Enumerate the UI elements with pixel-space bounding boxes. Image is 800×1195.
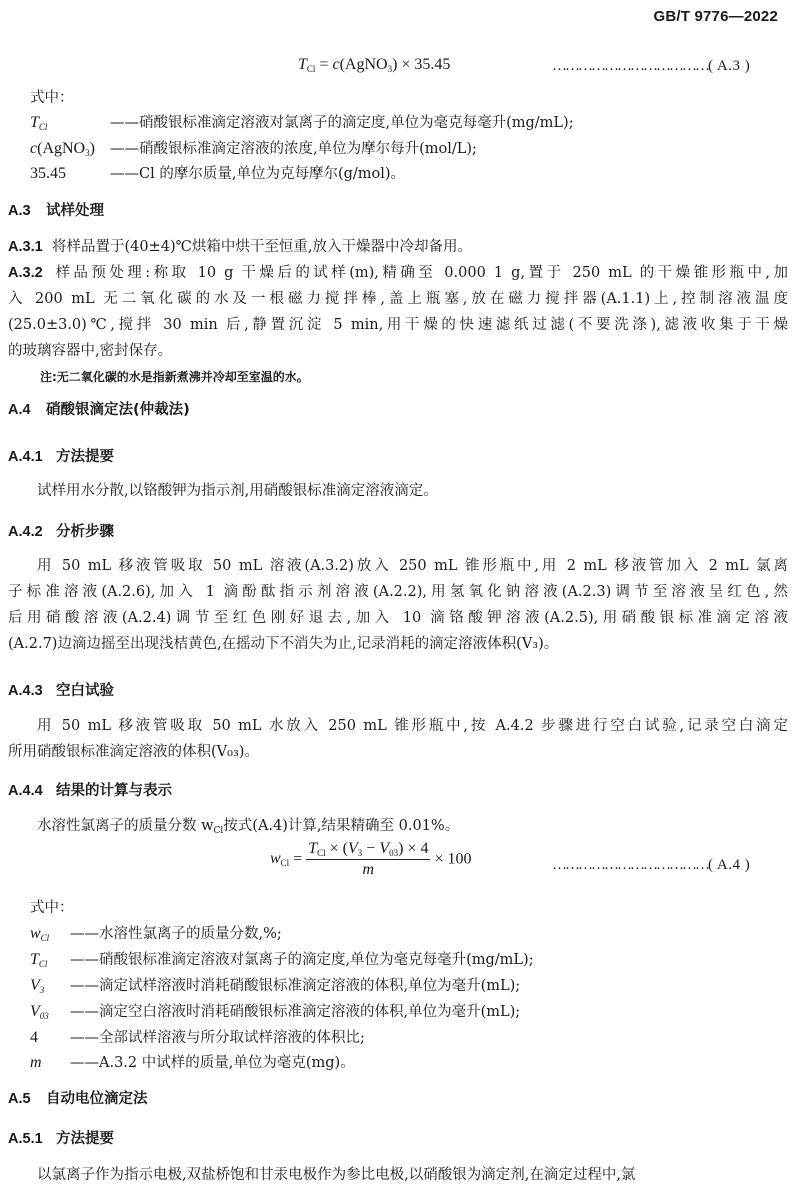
numerator: TCl × (V3 − V03) × 4 xyxy=(306,840,430,860)
clause-heading-a4-3: A.4.3空白试验 xyxy=(8,679,114,700)
clause-heading-a5-1: A.5.1方法提要 xyxy=(8,1127,114,1148)
dot-leader: ……………………………… xyxy=(552,857,708,873)
paragraph-text: 水溶性氯离子的质量分数 w xyxy=(37,818,214,834)
clause-text: 将样品置于(40±4)℃烘箱中烘干至恒重,放入干燥器中冷却备用。 xyxy=(52,239,472,255)
definition-symbol: V3 xyxy=(30,977,70,995)
clause-line: 样品预处理:称取 10 g 干燥后的试样(m),精确至 0.000 1 g,置于… xyxy=(52,265,788,281)
paragraph-a4-4: 水溶性氯离子的质量分数 wCl按式(A.4)计算,结果精确至 0.01%。 xyxy=(37,813,459,839)
definition-symbol: TCl xyxy=(30,951,70,969)
clause-heading-a4-1: A.4.1方法提要 xyxy=(8,445,114,466)
section-number: A.5 xyxy=(8,1091,46,1107)
section-heading-a5: A.5自动电位滴定法 xyxy=(8,1087,148,1108)
section-number: A.4 xyxy=(8,402,46,418)
definition-symbol: m xyxy=(30,1054,70,1072)
definition-symbol: 35.45 xyxy=(30,165,110,183)
paragraph-line: (A.2.7)边滴边摇至出现浅桔黄色,在摇动下不消失为止,记录消耗的滴定溶液体积… xyxy=(8,631,788,657)
definition-item: V3——滴定试样溶液时消耗硝酸银标准滴定溶液的体积,单位为毫升(mL); xyxy=(30,974,520,995)
definition-symbol: V03 xyxy=(30,1003,70,1021)
clause-number: A.3.1 xyxy=(8,234,52,260)
note: 注:无二氧化碳的水是指新煮沸并冷却至室温的水。 xyxy=(40,368,309,385)
definition-item: m——A.3.2 中试样的质量,单位为毫克(mg)。 xyxy=(30,1051,355,1072)
clause-line: 的玻璃容器中,密封保存。 xyxy=(8,338,788,364)
definition-text: ——硝酸银标准滴定溶液对氯离子的滴定度,单位为毫克每毫升(mg/mL); xyxy=(70,952,534,968)
clause-number: A.4.3 xyxy=(8,683,56,699)
section-title: 硝酸银滴定法(仲裁法) xyxy=(46,402,190,418)
definition-item: 4——全部试样溶液与所分取试样溶液的体积比; xyxy=(30,1026,365,1047)
definition-symbol: TCl xyxy=(30,114,110,132)
paragraph-line: 所用硝酸银标准滴定溶液的体积(V₀₃)。 xyxy=(8,739,788,765)
paragraph-line: 后用硝酸溶液(A.2.4)调节至红色刚好退去,加入 10 滴铬酸钾溶液(A.2.… xyxy=(8,605,788,631)
clause-a3-2: A.3.2样品预处理:称取 10 g 干燥后的试样(m),精确至 0.000 1… xyxy=(8,260,788,364)
fraction: TCl × (V3 − V03) × 4 m xyxy=(306,840,430,879)
paragraph-line: 子标准溶液(A.2.6),加入 1 滴酚酞指示剂溶液(A.2.2),用氢氧化钠溶… xyxy=(8,579,788,605)
definition-text: ——全部试样溶液与所分取试样溶液的体积比; xyxy=(70,1030,365,1046)
clause-line: 入 200 mL 无二氧化碳的水及一根磁力搅拌棒,盖上瓶塞,放在磁力搅拌器(A.… xyxy=(8,286,788,312)
clause-number: A.4.4 xyxy=(8,783,56,799)
formula-symbol: c xyxy=(332,56,339,73)
formula-a4: wCl = TCl × (V3 − V03) × 4 m × 100 xyxy=(270,840,471,879)
definition-item: V03——滴定空白溶液时消耗硝酸银标准滴定溶液的体积,单位为毫升(mL); xyxy=(30,1000,520,1021)
section-heading-a4: A.4硝酸银滴定法(仲裁法) xyxy=(8,398,190,419)
definition-item: c(AgNO3)——硝酸银标准滴定溶液的浓度,单位为摩尔每升(mol/L); xyxy=(30,137,477,158)
formula-text: ) × 35.45 xyxy=(392,56,450,73)
clause-number: A.5.1 xyxy=(8,1131,56,1147)
paragraph-a5-1: 以氯离子作为指示电极,双盐桥饱和甘汞电极作为参比电极,以硝酸银为滴定剂,在滴定过… xyxy=(37,1162,635,1188)
clause-title: 方法提要 xyxy=(56,449,114,465)
definition-text: ——水溶性氯离子的质量分数,%; xyxy=(70,926,282,942)
paragraph-line: 用 50 mL 移液管吸取 50 mL 溶液(A.3.2)放入 250 mL 锥… xyxy=(8,553,788,579)
formula-a3: TCl = c(AgNO3) × 35.45 xyxy=(298,56,450,74)
equation-number-a3: ………………………………( A.3 ) xyxy=(552,58,750,75)
formula-subscript: Cl xyxy=(307,64,316,74)
clause-a3-1: A.3.1将样品置于(40±4)℃烘箱中烘干至恒重,放入干燥器中冷却备用。 xyxy=(8,234,472,260)
paragraph-a4-3: 用 50 mL 移液管吸取 50 mL 水放入 250 mL 锥形瓶中,按 A.… xyxy=(8,713,788,765)
definition-text: ——Cl 的摩尔质量,单位为克每摩尔(g/mol)。 xyxy=(110,166,405,182)
section-heading-a3: A.3试样处理 xyxy=(8,199,104,220)
section-title: 试样处理 xyxy=(46,203,104,219)
equation-label: ( A.4 ) xyxy=(708,857,750,873)
clause-number: A.4.2 xyxy=(8,524,56,540)
clause-title: 结果的计算与表示 xyxy=(56,783,172,799)
formula-symbol: w xyxy=(270,850,281,867)
subscript: Cl xyxy=(214,826,224,836)
clause-number: A.3.2 xyxy=(8,260,52,286)
definition-text: ——硝酸银标准滴定溶液对氯离子的滴定度,单位为毫克每毫升(mg/mL); xyxy=(110,115,574,131)
formula-symbol: T xyxy=(298,56,307,73)
definition-text: ——A.3.2 中试样的质量,单位为毫克(mg)。 xyxy=(70,1055,355,1071)
clause-line: (25.0±3.0)℃,搅拌 30 min 后,静置沉淀 5 min,用干燥的快… xyxy=(8,312,788,338)
formula-text: × 100 xyxy=(434,851,471,868)
clause-heading-a4-4: A.4.4结果的计算与表示 xyxy=(8,779,172,800)
formula-subscript: Cl xyxy=(281,858,290,868)
equation-number-a4: ………………………………( A.4 ) xyxy=(552,857,750,874)
clause-heading-a4-2: A.4.2分析步骤 xyxy=(8,520,114,541)
definition-symbol: wCl xyxy=(30,925,70,943)
clause-title: 空白试验 xyxy=(56,683,114,699)
denominator: m xyxy=(306,860,430,879)
paragraph-text: 按式(A.4)计算,结果精确至 0.01%。 xyxy=(223,818,459,834)
definition-item: wCl——水溶性氯离子的质量分数,%; xyxy=(30,922,282,943)
section-title: 自动电位滴定法 xyxy=(46,1091,148,1107)
clause-number: A.4.1 xyxy=(8,449,56,465)
paragraph: 试样用水分散,以铬酸钾为指示剂,用硝酸银标准滴定溶液滴定。 xyxy=(37,478,438,504)
definition-item: TCl——硝酸银标准滴定溶液对氯离子的滴定度,单位为毫克每毫升(mg/mL); xyxy=(30,948,534,969)
where-label: 式中： xyxy=(30,86,74,107)
definition-item: TCl——硝酸银标准滴定溶液对氯离子的滴定度,单位为毫克每毫升(mg/mL); xyxy=(30,111,574,132)
paragraph-line: 用 50 mL 移液管吸取 50 mL 水放入 250 mL 锥形瓶中,按 A.… xyxy=(8,713,788,739)
clause-title: 方法提要 xyxy=(56,1131,114,1147)
definition-text: ——滴定空白溶液时消耗硝酸银标准滴定溶液的体积,单位为毫升(mL); xyxy=(70,1004,520,1020)
definition-text: ——硝酸银标准滴定溶液的浓度,单位为摩尔每升(mol/L); xyxy=(110,141,477,157)
paragraph-a4-2: 用 50 mL 移液管吸取 50 mL 溶液(A.3.2)放入 250 mL 锥… xyxy=(8,553,788,657)
clause-title: 分析步骤 xyxy=(56,524,114,540)
standard-code: GB/T 9776—2022 xyxy=(653,8,778,25)
formula-text: (AgNO xyxy=(340,56,388,73)
definition-item: 35.45——Cl 的摩尔质量,单位为克每摩尔(g/mol)。 xyxy=(30,162,405,183)
equation-label: ( A.3 ) xyxy=(708,58,750,74)
dot-leader: ……………………………… xyxy=(552,58,708,74)
definition-text: ——滴定试样溶液时消耗硝酸银标准滴定溶液的体积,单位为毫升(mL); xyxy=(70,978,520,994)
definition-symbol: 4 xyxy=(30,1029,70,1047)
where-label: 式中： xyxy=(30,896,74,917)
section-number: A.3 xyxy=(8,203,46,219)
definition-symbol: c(AgNO3) xyxy=(30,140,110,158)
